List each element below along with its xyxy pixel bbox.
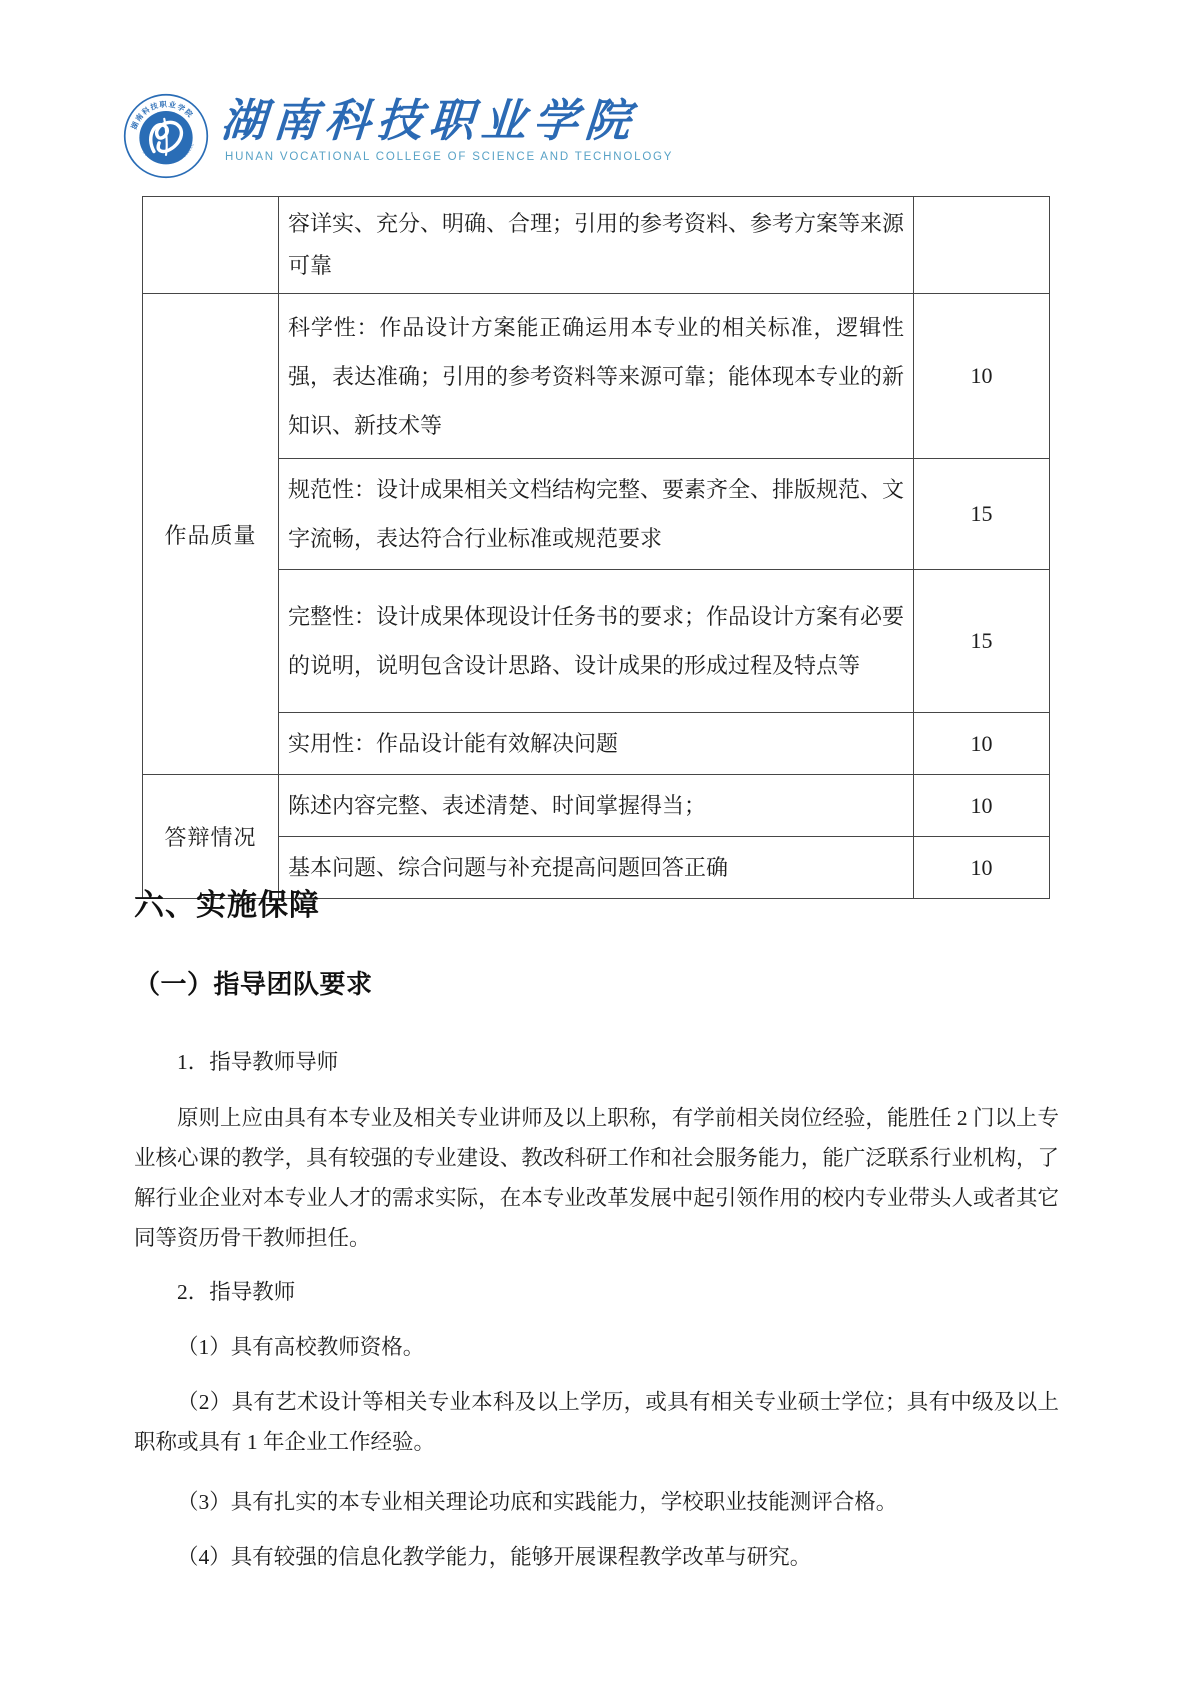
school-name-calligraphy: 湖南科技职业学院 bbox=[219, 95, 675, 147]
score-cell: 10 bbox=[914, 294, 1050, 459]
document-page: 湖南科技职业学院 HUNAN VOCATIONAL COLLEGE 湖南科技职业… bbox=[0, 0, 1191, 1684]
school-emblem-icon: 湖南科技职业学院 HUNAN VOCATIONAL COLLEGE bbox=[123, 93, 209, 179]
score-cell: 10 bbox=[914, 775, 1050, 837]
list-item-1-title: 1．指导教师导师 bbox=[134, 1042, 1059, 1082]
table-row: 作品质量 科学性：作品设计方案能正确运用本专业的相关标准，逻辑性强，表达准确；引… bbox=[143, 294, 1050, 459]
criteria-cell: 完整性：设计成果体现设计任务书的要求；作品设计方案有必要的说明，说明包含设计思路… bbox=[279, 570, 914, 713]
score-cell bbox=[914, 197, 1050, 294]
criteria-cell: 陈述内容完整、表述清楚、时间掌握得当； bbox=[279, 775, 914, 837]
paragraph-mentor-requirements: 原则上应由具有本专业及相关专业讲师及以上职称，有学前相关岗位经验，能胜任 2 门… bbox=[134, 1098, 1059, 1258]
category-cell: 作品质量 bbox=[143, 294, 279, 775]
teacher-point-4: （4）具有较强的信息化教学能力，能够开展课程教学改革与研究。 bbox=[134, 1537, 1059, 1577]
table-row: 容详实、充分、明确、合理；引用的参考资料、参考方案等来源可靠 bbox=[143, 197, 1050, 294]
criteria-cell: 容详实、充分、明确、合理；引用的参考资料、参考方案等来源可靠 bbox=[279, 197, 914, 294]
score-cell: 10 bbox=[914, 713, 1050, 775]
score-cell: 15 bbox=[914, 570, 1050, 713]
table-row: 完整性：设计成果体现设计任务书的要求；作品设计方案有必要的说明，说明包含设计思路… bbox=[143, 570, 1050, 713]
category-cell bbox=[143, 197, 279, 294]
criteria-cell: 规范性：设计成果相关文档结构完整、要素齐全、排版规范、文字流畅，表达符合行业标准… bbox=[279, 459, 914, 570]
subsection-heading: （一）指导团队要求 bbox=[134, 968, 1059, 1000]
table-row: 规范性：设计成果相关文档结构完整、要素齐全、排版规范、文字流畅，表达符合行业标准… bbox=[143, 459, 1050, 570]
school-name-english: HUNAN VOCATIONAL COLLEGE OF SCIENCE AND … bbox=[225, 151, 673, 163]
list-item-2-title: 2．指导教师 bbox=[134, 1272, 1059, 1312]
teacher-point-1: （1）具有高校教师资格。 bbox=[134, 1327, 1059, 1367]
scoring-criteria-table: 容详实、充分、明确、合理；引用的参考资料、参考方案等来源可靠 作品质量 科学性：… bbox=[142, 196, 1050, 899]
section-heading: 六、实施保障 bbox=[134, 888, 1059, 924]
table-row: 实用性：作品设计能有效解决问题 10 bbox=[143, 713, 1050, 775]
score-cell: 15 bbox=[914, 459, 1050, 570]
teacher-point-2: （2）具有艺术设计等相关专业本科及以上学历，或具有相关专业硕士学位；具有中级及以… bbox=[134, 1382, 1059, 1462]
teacher-point-3: （3）具有扎实的本专业相关理论功底和实践能力，学校职业技能测评合格。 bbox=[134, 1482, 1059, 1522]
school-logo-text: 湖南科技职业学院 HUNAN VOCATIONAL COLLEGE OF SCI… bbox=[221, 93, 673, 163]
school-logo: 湖南科技职业学院 HUNAN VOCATIONAL COLLEGE 湖南科技职业… bbox=[123, 93, 673, 179]
table-row: 答辩情况 陈述内容完整、表述清楚、时间掌握得当； 10 bbox=[143, 775, 1050, 837]
criteria-cell: 实用性：作品设计能有效解决问题 bbox=[279, 713, 914, 775]
document-body: 六、实施保障 （一）指导团队要求 1．指导教师导师 原则上应由具有本专业及相关专… bbox=[134, 860, 1059, 1577]
criteria-cell: 科学性：作品设计方案能正确运用本专业的相关标准，逻辑性强，表达准确；引用的参考资… bbox=[279, 294, 914, 459]
